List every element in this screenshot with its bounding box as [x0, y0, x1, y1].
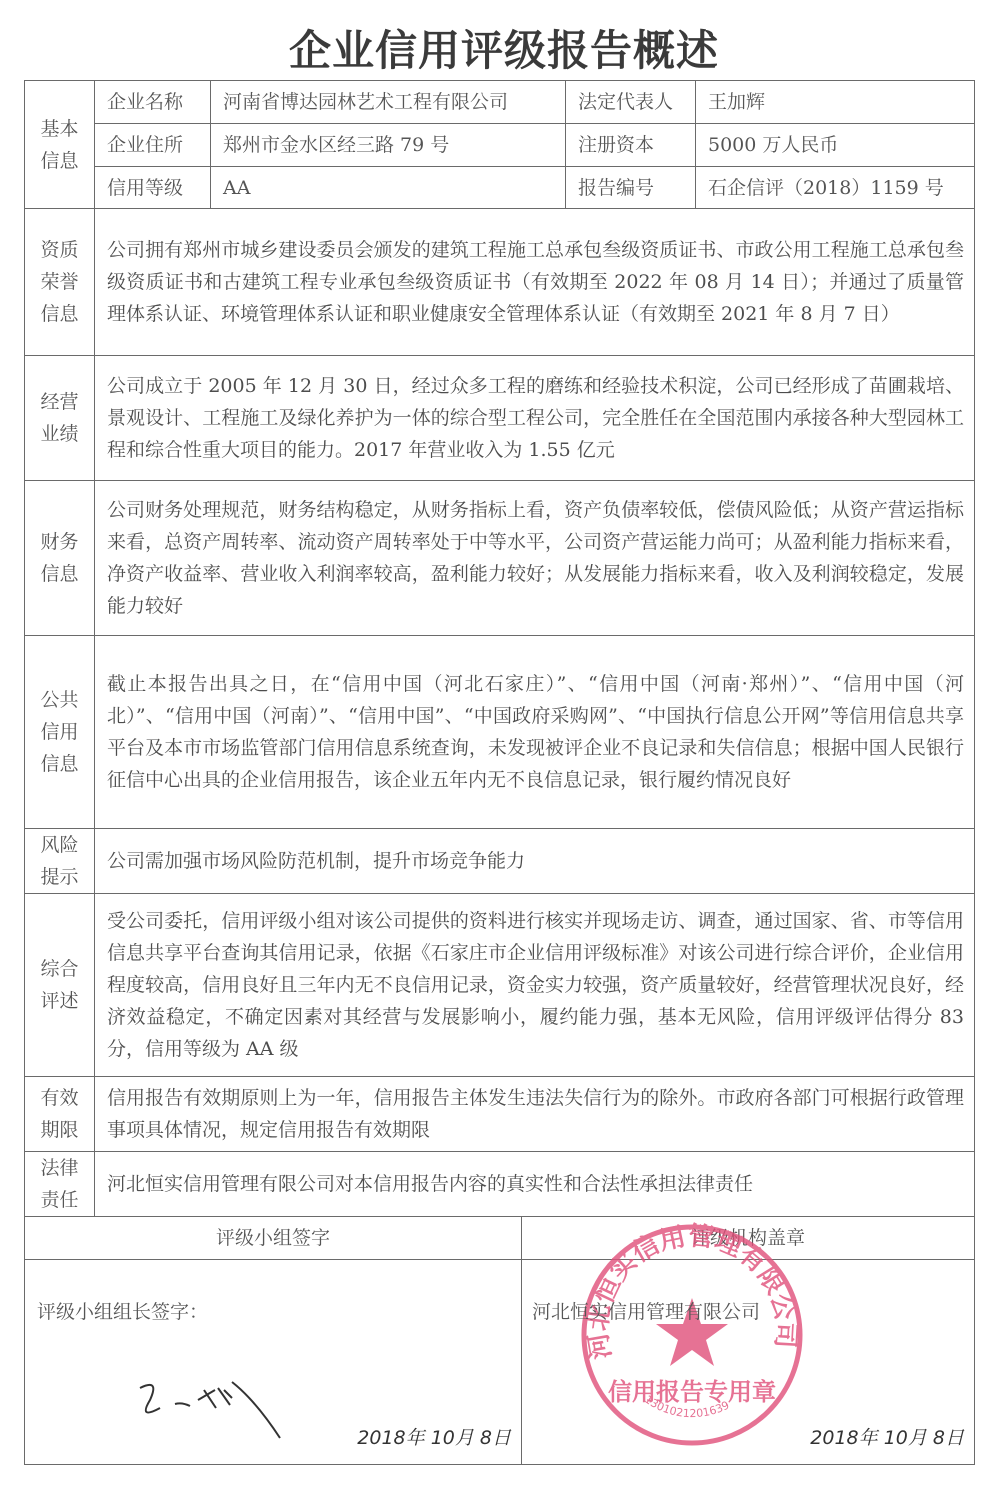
- section-finance: 财务 信息 公司财务处理规范，财务结构稳定，从财务指标上看，资产负债率较低，偿债…: [25, 481, 975, 636]
- team-signature-header: 评级小组签字: [25, 1217, 522, 1260]
- legal-rep-value: 王加辉: [696, 81, 975, 124]
- signature-table: 评级小组签字 评级机构盖章 评级小组组长签字： 2018年 10月 8日 河北恒…: [24, 1216, 975, 1465]
- legal-text: 河北恒实信用管理有限公司对本信用报告内容的真实性和合法性承担法律责任: [95, 1152, 975, 1217]
- basic-row-2: 企业住所 郑州市金水区经三路 79 号 注册资本 5000 万人民币: [25, 124, 975, 167]
- section-label-validity: 有效 期限: [25, 1077, 95, 1152]
- section-label-summary: 综合 评述: [25, 894, 95, 1077]
- public-credit-text: 截止本报告出具之日，在“信用中国（河北石家庄）”、“信用中国（河南·郑州）”、“…: [95, 636, 975, 829]
- qualifications-text: 公司拥有郑州市城乡建设委员会颁发的建筑工程施工总承包叁级资质证书、市政公用工程施…: [95, 209, 975, 356]
- section-label-performance: 经营 业绩: [25, 356, 95, 481]
- agency-seal-cell: 河北恒实信用管理有限公司 河北恒实信用管理有限公司 信用报告专用章 130102…: [522, 1260, 975, 1465]
- section-label-finance: 财务 信息: [25, 481, 95, 636]
- team-signature-cell: 评级小组组长签字： 2018年 10月 8日: [25, 1260, 522, 1465]
- summary-text: 受公司委托，信用评级小组对该公司提供的资料进行核实并现场走访、调查，通过国家、省…: [95, 894, 975, 1077]
- field-label-credit-rating: 信用等级: [95, 167, 211, 209]
- field-label-company-name: 企业名称: [95, 81, 211, 124]
- basic-row-3: 信用等级 AA 报告编号 石企信评（2018）1159 号: [25, 167, 975, 209]
- signature-body-row: 评级小组组长签字： 2018年 10月 8日 河北恒实信用管理有限公司 河北恒实…: [25, 1260, 975, 1465]
- official-seal-icon: 河北恒实信用管理有限公司 信用报告专用章 1301021201639: [577, 1220, 807, 1450]
- report-number-value: 石企信评（2018）1159 号: [696, 167, 975, 209]
- section-label-risk: 风险 提示: [25, 829, 95, 894]
- basic-row-1: 基本 信息 企业名称 河南省博达园林艺术工程有限公司 法定代表人 王加辉: [25, 81, 975, 124]
- section-label-basic: 基本 信息: [25, 81, 95, 209]
- report-table-container: 基本 信息 企业名称 河南省博达园林艺术工程有限公司 法定代表人 王加辉 企业住…: [24, 80, 974, 1465]
- section-performance: 经营 业绩 公司成立于 2005 年 12 月 30 日，经过众多工程的磨练和经…: [25, 356, 975, 481]
- company-name-value: 河南省博达园林艺术工程有限公司: [211, 81, 566, 124]
- document-title: 企业信用评级报告概述: [0, 18, 1008, 78]
- address-value: 郑州市金水区经三路 79 号: [211, 124, 566, 167]
- section-label-public-credit: 公共 信用 信息: [25, 636, 95, 829]
- finance-text: 公司财务处理规范，财务结构稳定，从财务指标上看，资产负债率较低，偿债风险低；从资…: [95, 481, 975, 636]
- handwritten-signature-icon: [120, 1360, 300, 1440]
- section-risk: 风险 提示 公司需加强市场风险防范机制，提升市场竞争能力: [25, 829, 975, 894]
- section-qualifications: 资质 荣誉 信息 公司拥有郑州市城乡建设委员会颁发的建筑工程施工总承包叁级资质证…: [25, 209, 975, 356]
- section-summary: 综合 评述 受公司委托，信用评级小组对该公司提供的资料进行核实并现场走访、调查，…: [25, 894, 975, 1077]
- section-validity: 有效 期限 信用报告有效期原则上为一年，信用报告主体发生违法失信行为的除外。市政…: [25, 1077, 975, 1152]
- report-table: 基本 信息 企业名称 河南省博达园林艺术工程有限公司 法定代表人 王加辉 企业住…: [24, 80, 975, 1217]
- validity-text: 信用报告有效期原则上为一年，信用报告主体发生违法失信行为的除外。市政府各部门可根…: [95, 1077, 975, 1152]
- team-leader-signature-label: 评级小组组长签字：: [37, 1296, 208, 1328]
- risk-text: 公司需加强市场风险防范机制，提升市场竞争能力: [95, 829, 975, 894]
- agency-seal-date: 2018年 10月 8日: [810, 1422, 964, 1454]
- performance-text: 公司成立于 2005 年 12 月 30 日，经过众多工程的磨练和经验技术积淀，…: [95, 356, 975, 481]
- field-label-report-number: 报告编号: [566, 167, 696, 209]
- section-label-qualifications: 资质 荣誉 信息: [25, 209, 95, 356]
- field-label-registered-capital: 注册资本: [566, 124, 696, 167]
- agency-name: 河北恒实信用管理有限公司: [532, 1296, 760, 1328]
- signature-header-row: 评级小组签字 评级机构盖章: [25, 1217, 975, 1260]
- field-label-address: 企业住所: [95, 124, 211, 167]
- credit-rating-value: AA: [211, 167, 566, 209]
- section-label-legal: 法律 责任: [25, 1152, 95, 1217]
- section-public-credit: 公共 信用 信息 截止本报告出具之日，在“信用中国（河北石家庄）”、“信用中国（…: [25, 636, 975, 829]
- svg-text:信用报告专用章: 信用报告专用章: [608, 1378, 776, 1406]
- registered-capital-value: 5000 万人民币: [696, 124, 975, 167]
- section-legal: 法律 责任 河北恒实信用管理有限公司对本信用报告内容的真实性和合法性承担法律责任: [25, 1152, 975, 1217]
- team-signature-date: 2018年 10月 8日: [357, 1422, 511, 1454]
- field-label-legal-rep: 法定代表人: [566, 81, 696, 124]
